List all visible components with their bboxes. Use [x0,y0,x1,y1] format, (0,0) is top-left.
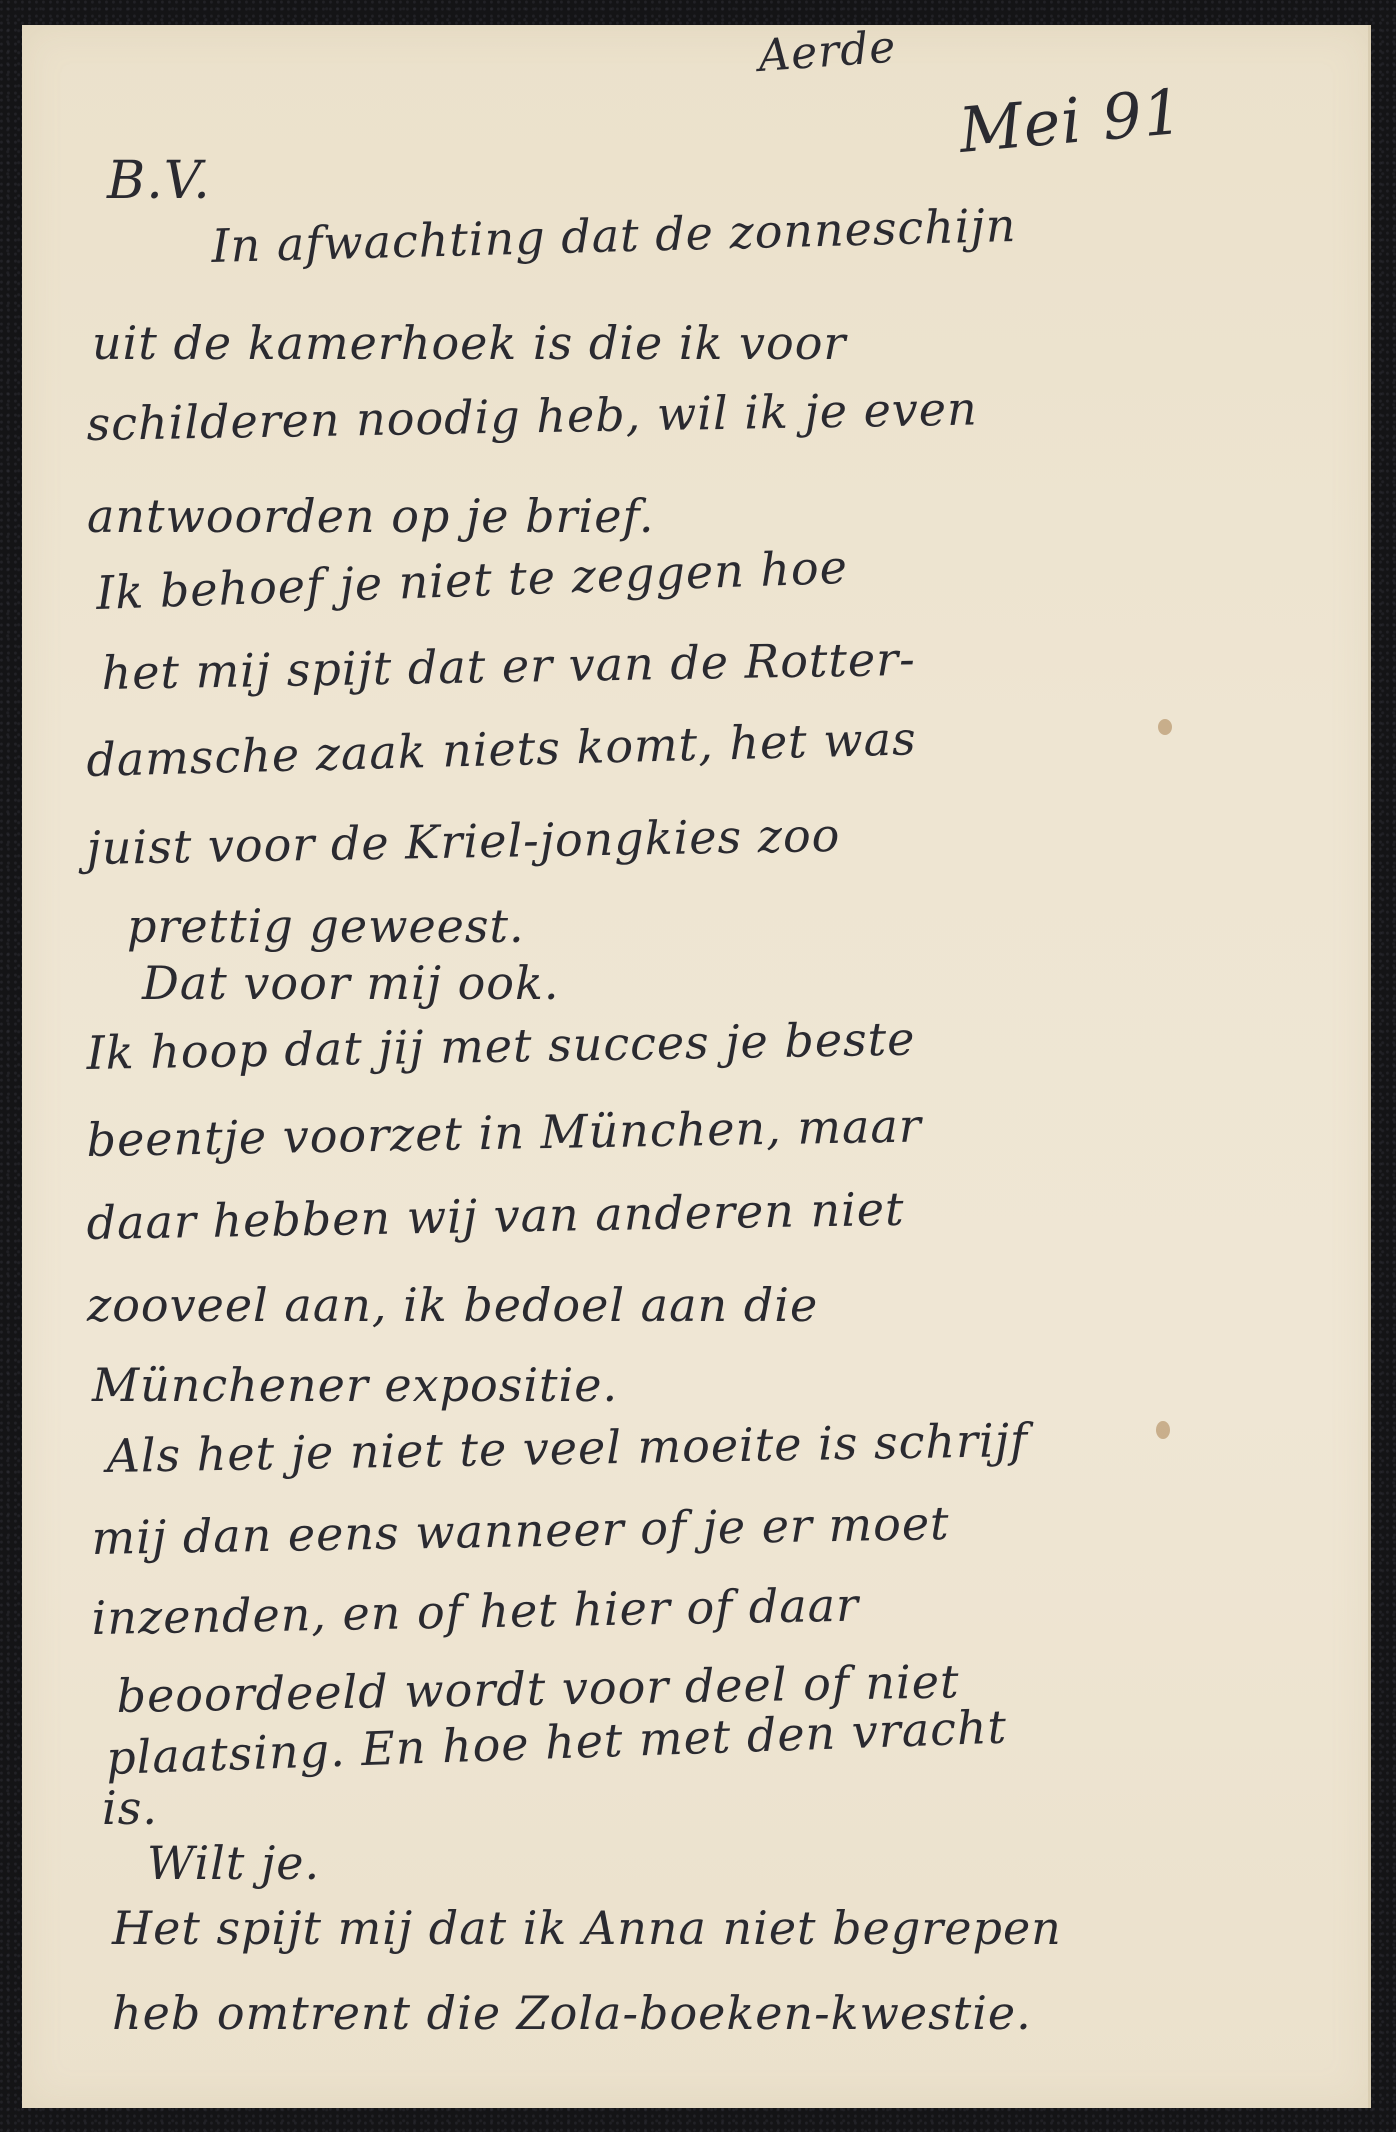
letter-line-21: is. [102,1785,158,1831]
letter-line-13: daar hebben wij van anderen niet [86,1186,905,1246]
letter-line-6: het mij spijt dat er van de Rotter- [101,636,916,696]
letter-place: Aerde [757,25,898,79]
letter-line-17: mij dan eens wanneer of je er moet [91,1500,950,1561]
letter-line-1: In afwachting dat de zonneschijn [211,202,1017,269]
letter-line-9: prettig geweest. [127,903,525,949]
letter-line-15: Münchener expositie. [92,1362,618,1408]
letter-line-7: damsche zaak niets komt, het was [86,715,917,783]
foxing-stain [1156,1421,1170,1439]
letter-line-23: Het spijt mij dat ik Anna niet begrepen [112,1905,1062,1951]
paper-edge [1368,25,1371,2108]
letter-line-11: Ik hoop dat jij met succes je beste [86,1016,916,1076]
letter-line-18: inzenden, en of het hier of daar [91,1582,859,1641]
letter-line-12: beentje voorzet in München, maar [86,1102,922,1163]
letter-line-24: heb omtrent die Zola-boeken-kwestie. [112,1990,1032,2036]
letter-line-14: zooveel aan, ik bedoel aan die [87,1282,818,1328]
letter-line-3: schilderen noodig heb, wil ik je even [86,385,978,447]
letter-sheet: Aerde Mei 91 B.V. In afwachting dat de z… [22,25,1371,2108]
letter-line-22: Wilt je. [147,1840,320,1886]
letter-line-10: Dat voor mij ook. [142,960,560,1006]
letter-line-2: uit de kamerhoek is die ik voor [92,320,846,366]
letter-line-16: Als het je niet te veel moeite is schrij… [106,1417,1028,1479]
letter-line-8: juist voor de Kriel-jongkies zoo [86,812,841,871]
letter-line-5: Ik behoef je niet te zeggen hoe [95,544,848,616]
letter-salutation: B.V. [107,155,211,207]
letter-date: Mei 91 [957,81,1186,162]
foxing-stain [1158,719,1172,735]
letter-line-4: antwoorden op je brief. [87,493,654,539]
